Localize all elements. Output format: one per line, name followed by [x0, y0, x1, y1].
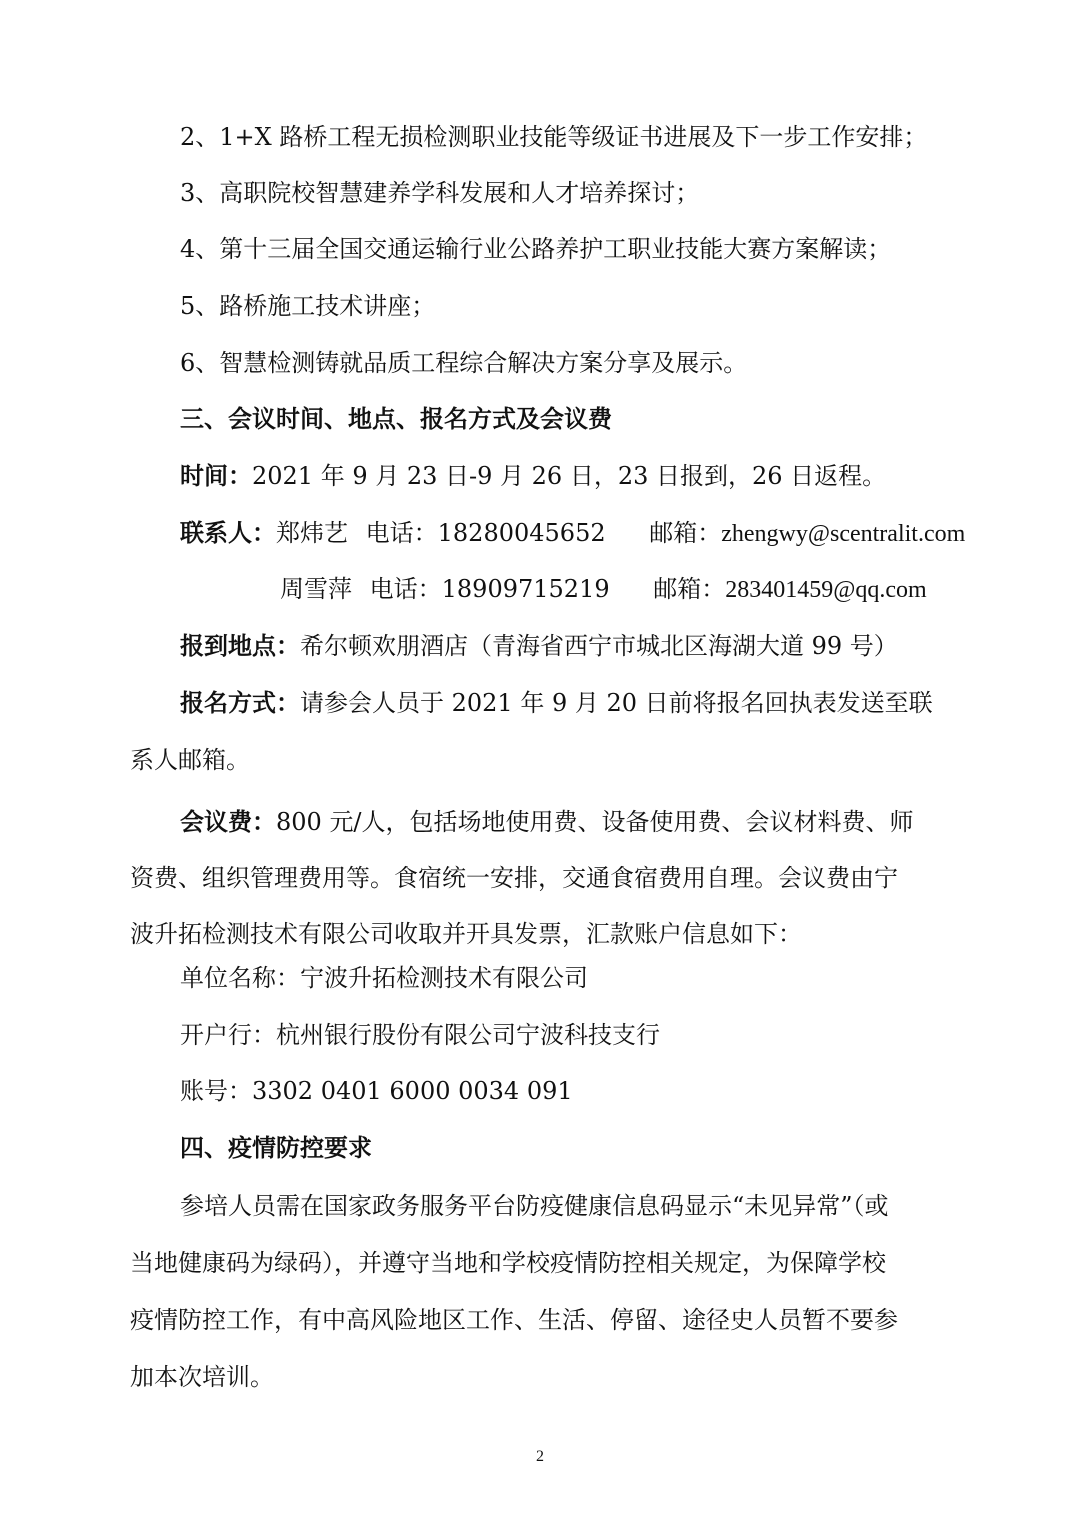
epidemic-paragraph-cont: 当地健康码为绿码），并遵守当地和学校疫情防控相关规定，为保障学校: [130, 1247, 886, 1279]
contact-row: 联系人：郑炜艺 电话：18280045652 邮箱：zhengwy@scentr…: [180, 517, 965, 550]
page-number: 2: [0, 1448, 1080, 1466]
section-heading: 三、会议时间、地点、报名方式及会议费: [180, 403, 612, 435]
fee-text-cont: 资费、组织管理费用等。食宿统一安排，交通食宿费用自理。会议费由宁: [130, 862, 898, 894]
contact-name: 周雪萍: [280, 575, 352, 603]
meeting-time: 时间：2021 年 9 月 23 日-9 月 26 日，23 日报到，26 日返…: [180, 460, 886, 492]
contact-phone: 电话：18280045652: [366, 519, 606, 547]
register-text-cont: 系人邮箱。: [130, 744, 250, 776]
account-number: 账号：3302 0401 6000 0034 091: [180, 1075, 573, 1107]
register-text: 请参会人员于 2021 年 9 月 20 日前将报名回执表发送至联: [300, 689, 933, 717]
fee-text-cont: 波升拓检测技术有限公司收取并开具发票，汇款账户信息如下：: [130, 918, 802, 950]
agenda-item: 5、路桥施工技术讲座；: [180, 290, 435, 322]
fee-label: 会议费：: [180, 808, 276, 836]
contact-row: 周雪萍 电话：18909715219 邮箱：283401459@qq.com: [280, 573, 927, 606]
registration: 报名方式：请参会人员于 2021 年 9 月 20 日前将报名回执表发送至联: [180, 687, 933, 719]
contact-name: 郑炜艺: [276, 519, 348, 547]
register-label: 报名方式：: [180, 689, 300, 717]
epidemic-paragraph: 参培人员需在国家政务服务平台防疫健康信息码显示“未见异常”（或: [180, 1190, 889, 1222]
contact-email: 邮箱：283401459@qq.com: [653, 577, 926, 603]
contact-phone: 电话：18909715219: [370, 575, 610, 603]
epidemic-paragraph-cont: 疫情防控工作，有中高风险地区工作、生活、停留、途径史人员暂不要参: [130, 1304, 898, 1336]
epidemic-paragraph-cont: 加本次培训。: [130, 1361, 274, 1393]
agenda-item: 2、1+X 路桥工程无损检测职业技能等级证书进展及下一步工作安排；: [180, 121, 927, 153]
bank-name: 开户行：杭州银行股份有限公司宁波科技支行: [180, 1019, 660, 1051]
agenda-item: 4、第十三届全国交通运输行业公路养护工职业技能大赛方案解读；: [180, 233, 891, 265]
venue-value: 希尔顿欢朋酒店（青海省西宁市城北区海湖大道 99 号）: [300, 632, 898, 660]
section-heading: 四、疫情防控要求: [180, 1132, 372, 1164]
venue-label: 报到地点：: [180, 632, 300, 660]
venue: 报到地点：希尔顿欢朋酒店（青海省西宁市城北区海湖大道 99 号）: [180, 630, 898, 662]
agenda-item: 3、高职院校智慧建养学科发展和人才培养探讨；: [180, 177, 699, 209]
agenda-item: 6、智慧检测铸就品质工程综合解决方案分享及展示。: [180, 347, 747, 379]
meeting-fee: 会议费：800 元/人，包括场地使用费、设备使用费、会议材料费、师: [180, 806, 914, 838]
account-name: 单位名称：宁波升拓检测技术有限公司: [180, 962, 588, 994]
fee-text: 800 元/人，包括场地使用费、设备使用费、会议材料费、师: [276, 808, 914, 836]
time-label: 时间：: [180, 462, 252, 490]
time-value: 2021 年 9 月 23 日-9 月 26 日，23 日报到，26 日返程。: [252, 462, 886, 490]
contact-label: 联系人：: [180, 519, 276, 547]
contact-email: 邮箱：zhengwy@scentralit.com: [649, 521, 965, 547]
